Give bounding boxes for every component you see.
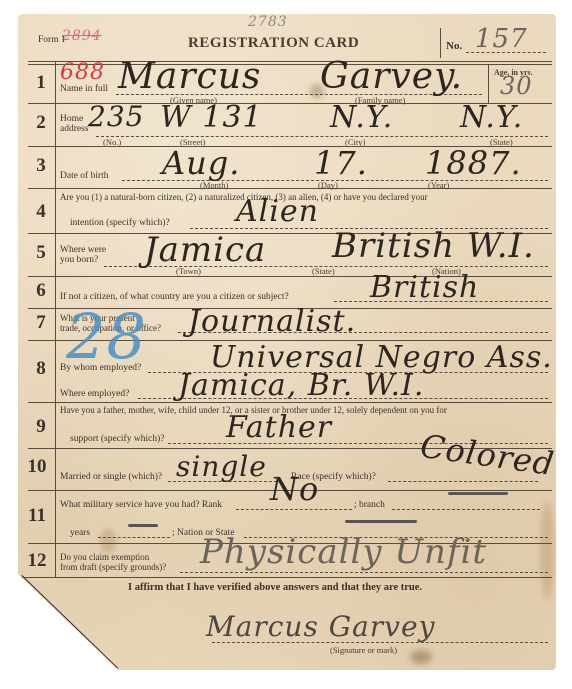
row-number: 5	[26, 242, 56, 264]
stain	[540, 500, 554, 600]
home-address-label: Homeaddress	[60, 114, 89, 134]
marital-status-label: Married or single (which)?	[60, 472, 162, 482]
row-number: 12	[22, 550, 52, 572]
serial-number: 157	[475, 24, 528, 54]
birth-year-value: 1887.	[425, 144, 522, 182]
years-dash-mark	[128, 524, 158, 527]
no-label: No.	[446, 40, 462, 52]
nation-dash-mark	[345, 520, 417, 523]
age-value: 30	[500, 72, 533, 100]
street-value: W 131	[160, 100, 263, 135]
given-name-value: Marcus	[118, 56, 261, 97]
name-label: Name in full	[60, 84, 108, 94]
date-of-birth-label: Date of birth	[60, 171, 109, 181]
header-rule	[28, 61, 552, 62]
label-line: Home	[60, 114, 83, 124]
signature-value: Marcus Garvey	[206, 610, 435, 643]
row-number: 6	[26, 280, 56, 302]
row-number: 3	[26, 155, 56, 177]
row-number: 8	[26, 358, 56, 380]
branch-line	[392, 509, 540, 510]
label-line: from draft (specify grounds)?	[60, 562, 166, 572]
birth-nation-value: British W.I.	[332, 226, 535, 266]
years-label: years	[70, 528, 90, 538]
birth-town-value: Jamica	[144, 230, 266, 270]
label-line: address	[60, 124, 89, 134]
birth-day-value: 17.	[314, 144, 368, 182]
state-value: N.Y.	[460, 100, 523, 135]
occupation-value: Journalist.	[188, 304, 356, 339]
row-number: 7	[26, 312, 56, 334]
row-number: 1	[26, 72, 56, 94]
marital-status-value: single	[176, 450, 267, 483]
military-service-value: No	[270, 470, 319, 508]
row-divider	[22, 577, 552, 578]
red-number: 688	[60, 60, 105, 85]
birth-month-value: Aug.	[162, 144, 240, 182]
work-location-label: Where employed?	[60, 389, 129, 399]
label-line: Where were	[60, 245, 106, 255]
label-line: you born?	[60, 255, 98, 265]
stain	[410, 650, 432, 664]
birthplace-label: Where wereyou born?	[60, 245, 106, 265]
years-line	[98, 537, 170, 538]
header-divider	[440, 28, 441, 58]
row-number: 9	[26, 416, 56, 438]
affirmation-statement: I affirm that I have verified above answ…	[128, 582, 422, 593]
race-line	[388, 481, 538, 482]
no-caption: (No.)	[103, 137, 121, 147]
intention-label: intention (specify which)?	[70, 218, 170, 228]
house-number-value: 235	[88, 100, 144, 133]
signature-caption: (Signature or mark)	[330, 645, 397, 655]
row-divider	[28, 188, 552, 189]
stamp-number: 2783	[248, 14, 288, 30]
family-name-value: Garvey.	[320, 56, 463, 97]
address-line	[96, 136, 548, 137]
row-number: 4	[26, 201, 56, 223]
citizenship-value: Alien	[236, 194, 319, 229]
label-line: Do you claim exemption	[60, 552, 149, 562]
form-number-struck: 2894	[62, 28, 102, 44]
city-value: N.Y.	[330, 100, 393, 135]
stain	[100, 528, 116, 554]
row-number: 2	[26, 112, 56, 134]
citizen-of-value: British	[370, 270, 479, 305]
employer-label: By whom employed?	[60, 363, 141, 373]
card-title: REGISTRATION CARD	[188, 35, 359, 52]
age-box-divider	[488, 64, 489, 103]
rank-line	[236, 509, 352, 510]
exemption-line	[180, 572, 548, 573]
exemption-value: Physically Unfit	[200, 532, 487, 572]
work-location-value: Jamica, Br. W.I.	[178, 368, 424, 403]
support-label: support (specify which)?	[70, 434, 164, 444]
military-service-label: What military service have you had? Rank	[60, 500, 222, 510]
dependents-value: Father	[226, 410, 332, 445]
branch-label: ; branch	[354, 500, 385, 510]
row-number: 10	[22, 456, 52, 478]
state-caption: (State)	[312, 266, 335, 276]
branch-dash-mark	[448, 492, 508, 495]
exemption-label: Do you claim exemptionfrom draft (specif…	[60, 552, 166, 572]
row-number: 11	[22, 505, 52, 527]
